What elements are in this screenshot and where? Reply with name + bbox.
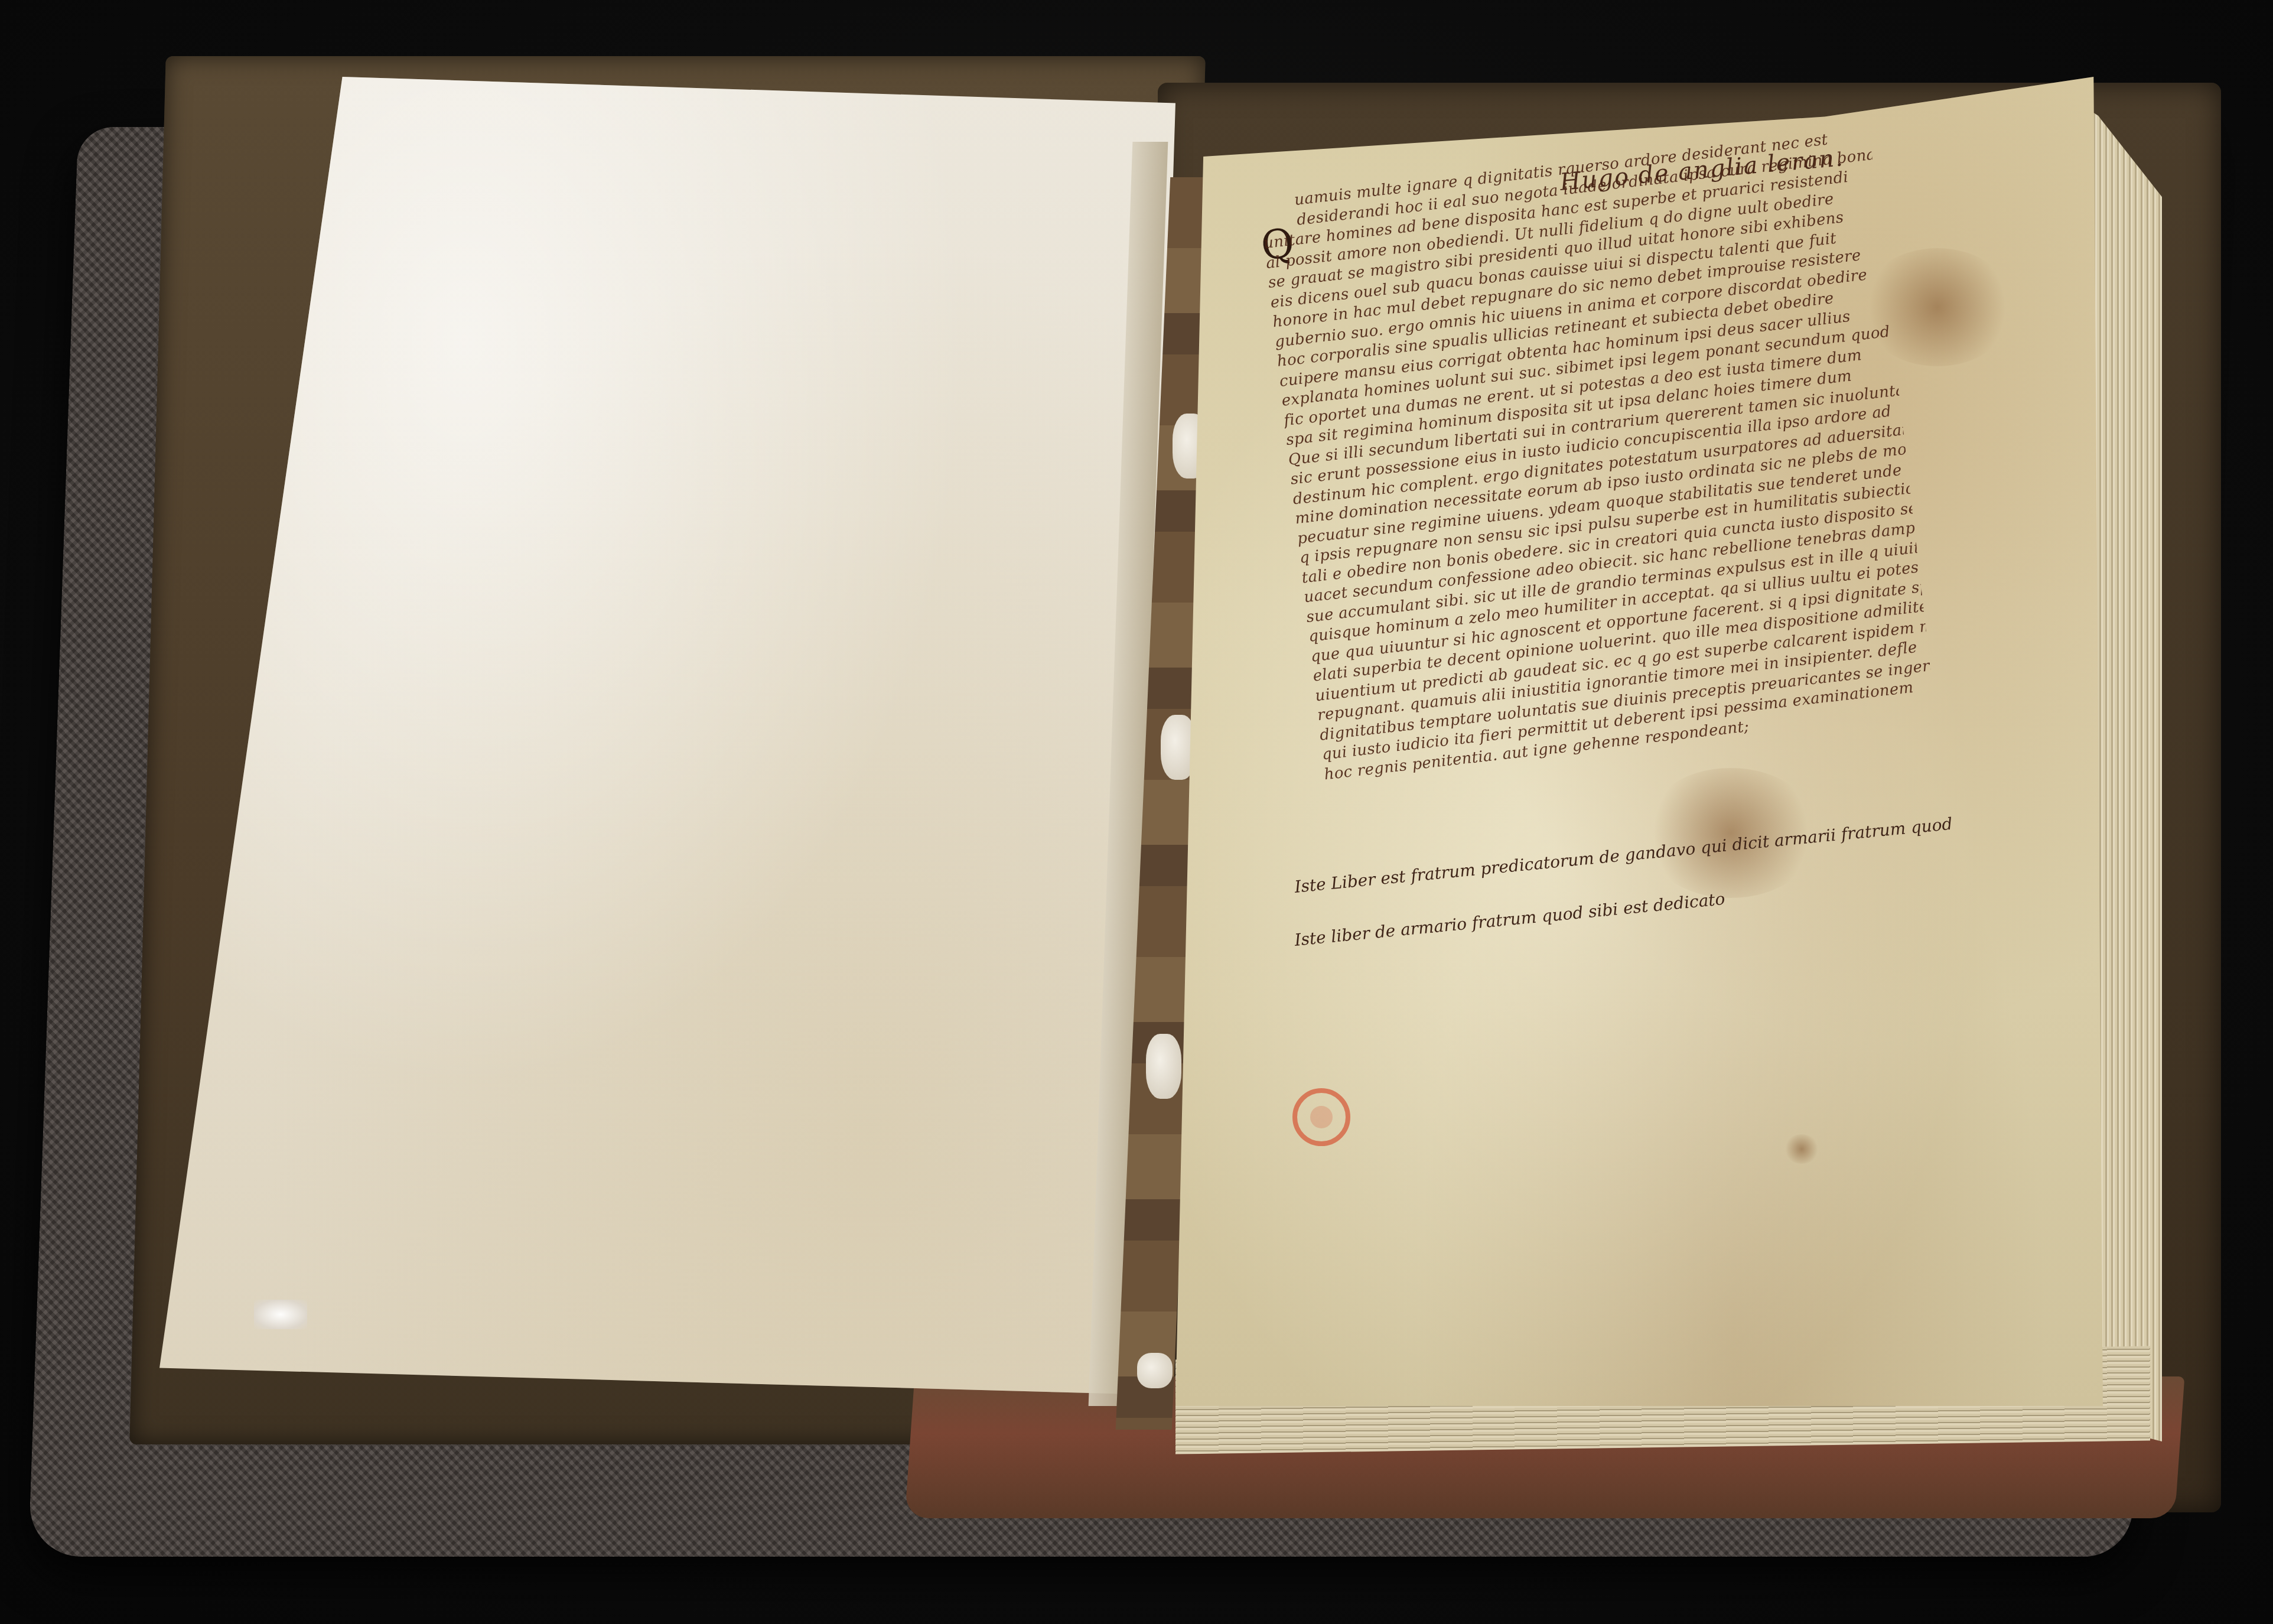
- library-stamp-icon: [1292, 1088, 1350, 1146]
- binding-thread-knot: [1146, 1034, 1181, 1099]
- manuscript-text-block: uamuis multe ignare q dignitatis rquerso…: [1258, 125, 1936, 785]
- binding-thread-knot: [1137, 1353, 1173, 1388]
- light-glare: [254, 1300, 307, 1329]
- stain: [1784, 1134, 1819, 1164]
